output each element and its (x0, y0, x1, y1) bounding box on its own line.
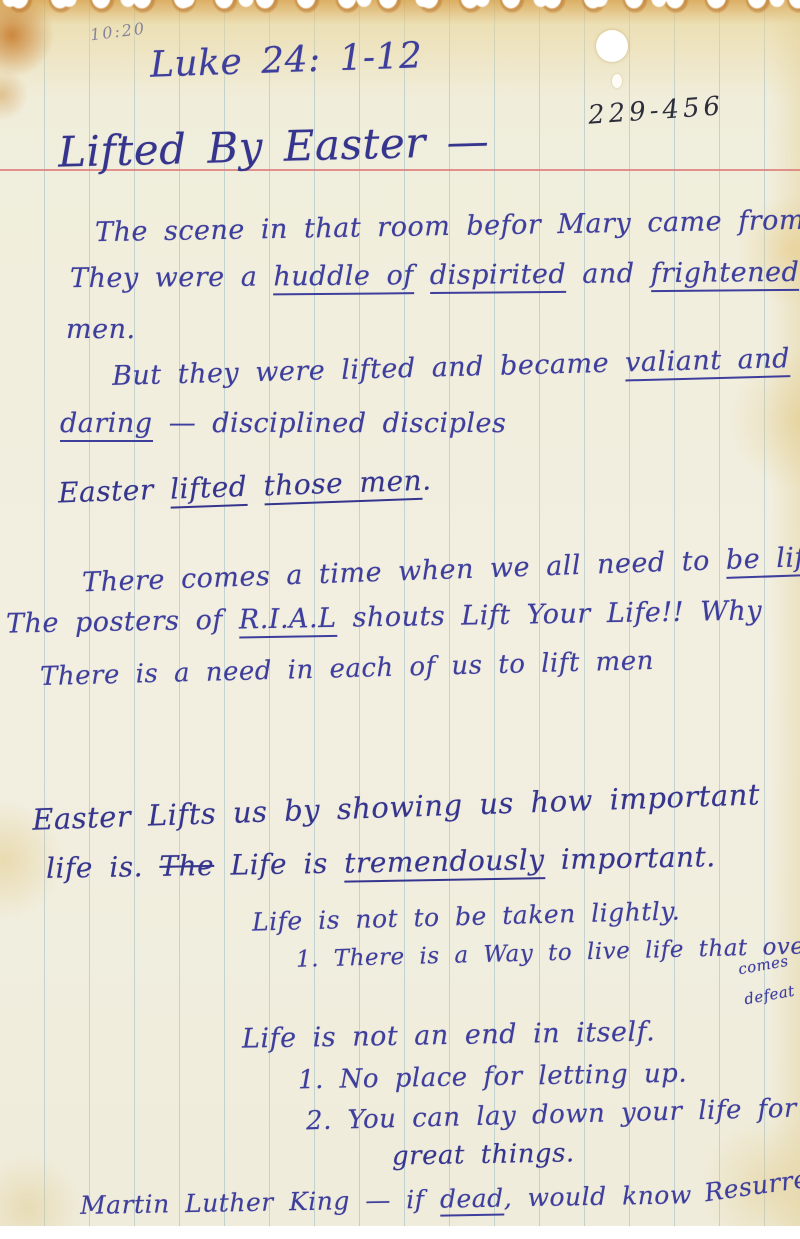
underlined-text: dead (440, 1184, 504, 1217)
handwritten-text: Life is (214, 847, 345, 882)
underlined-text: valiant and (625, 343, 791, 381)
handwritten-text: , would know (503, 1180, 692, 1212)
handwritten-line: men. (66, 314, 136, 345)
underlined-text: daring (60, 408, 153, 442)
handwritten-text: The posters of (6, 605, 239, 640)
struck-word: The (159, 849, 214, 883)
handwritten-text: life is. (46, 850, 160, 885)
underlined-text: lifted (170, 470, 248, 509)
underlined-text: huddle of (273, 260, 414, 295)
underlined-text: R.I.A.L (239, 603, 337, 639)
punch-hole-small (612, 74, 622, 88)
underlined-text: those men (263, 464, 423, 506)
handwritten-text: important. (544, 840, 716, 876)
handwritten-line: daring — disciplined disciples (60, 408, 506, 439)
underlined-text: tremendously (344, 843, 545, 882)
underlined-text: dispirited (430, 259, 567, 294)
handwritten-text: and (566, 258, 651, 290)
handwritten-text: great things. (392, 1138, 575, 1171)
handwritten-text: Easter (58, 473, 171, 510)
handwritten-line: They were a huddle of dispirited and fri… (70, 257, 800, 294)
underlined-text: frightened (650, 257, 799, 292)
handwritten-text: They were a (70, 261, 274, 294)
handwritten-text: — disciplined disciples (153, 408, 507, 439)
handwritten-line: great things. (392, 1138, 575, 1171)
handwritten-text: . (422, 463, 433, 496)
handwritten-text (414, 260, 430, 291)
handwritten-text: men. (66, 314, 136, 345)
scanned-note-page: { "meta": { "kind": "scanned handwritten… (0, 0, 800, 1239)
underlined-text: be lifted (725, 541, 800, 579)
punch-hole (596, 30, 628, 62)
handwritten-text (247, 469, 265, 503)
